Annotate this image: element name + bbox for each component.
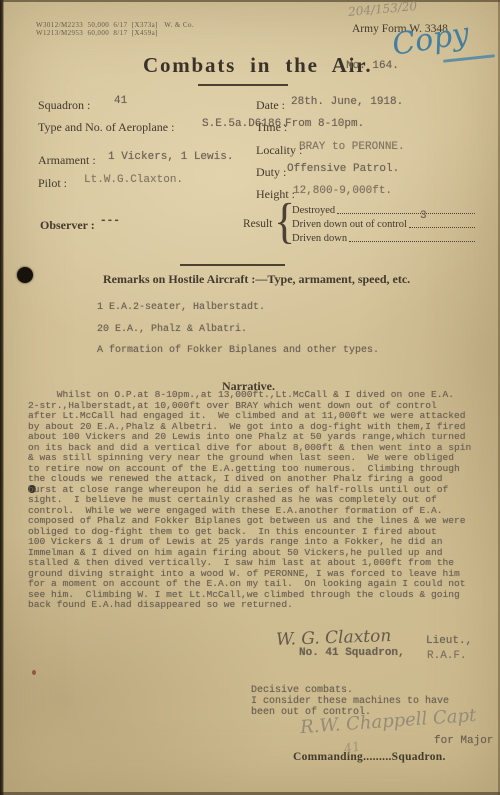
report-number: No. 164. — [346, 60, 399, 72]
squadron-unit: No. 41 Squadron, — [299, 647, 405, 659]
remark-line: 1 E.A.2-seater, Halberstadt. — [97, 297, 379, 319]
file-reference-handwritten: 204/153/20 — [348, 0, 418, 19]
result-destroyed-label: Destroyed — [292, 205, 335, 216]
narrative-line: about 100 Vickers and 20 Lewis into one … — [28, 432, 483, 443]
service-name: R.A.F. — [427, 650, 467, 662]
time-label: Time : — [256, 120, 287, 135]
narrative-text: Whilst on O.P.at 8-10pm.,at 13,000ft.,Lt… — [28, 390, 483, 611]
squadron-label: Squadron : — [38, 98, 90, 113]
page-edge-left — [0, 0, 4, 795]
page-edge-top — [0, 0, 500, 2]
duty-label: Duty : — [256, 165, 286, 180]
hole-punch-mark — [17, 267, 33, 283]
title-rule — [198, 84, 288, 86]
dotted-leader — [409, 227, 475, 228]
locality-label: Locality : — [256, 143, 302, 158]
remarks-list: 1 E.A.2-seater, Halberstadt.20 E.A., Pha… — [97, 297, 379, 362]
result-out-of-control-label: Driven down out of control — [292, 219, 407, 230]
section-rule — [180, 264, 285, 266]
result-destroyed-row: Destroyed — [292, 203, 475, 216]
date-value: 28th. June, 1918. — [291, 96, 403, 108]
remarks-heading: Remarks on Hostile Aircraft :—Type, arma… — [103, 272, 410, 287]
time-value: From 8-10pm. — [285, 118, 364, 130]
narrative-line: composed of Phalz and Fokker Biplanes go… — [28, 516, 483, 527]
printer-reference-line2: W1213/M2953 60,000 8/17 [X459a] — [36, 29, 158, 38]
narrative-line: Whilst on O.P.at 8-10pm.,at 13,000ft.,Lt… — [28, 390, 483, 401]
narrative-line: after Lt.McCall had engaged it. We climb… — [28, 411, 483, 422]
aeroplane-label: Type and No. of Aeroplane : — [38, 120, 174, 135]
remark-line: A formation of Fokker Biplanes and other… — [97, 340, 379, 362]
result-out-of-control-value: 3 — [420, 210, 427, 222]
narrative-line: sight. I believe he must certainly crash… — [28, 495, 483, 506]
combat-report-page: W3012/M2233 50,000 6/17 [X373a] W. & Co.… — [0, 0, 500, 795]
remark-line: 20 E.A., Phalz & Albatri. — [97, 319, 379, 341]
commanding-squadron-line: Commanding.........Squadron. — [293, 751, 446, 763]
narrative-line: 100 Vickers & 1 drum of Lewis at 25 yard… — [28, 537, 483, 548]
copy-underline-stroke — [443, 54, 495, 62]
squadron-value: 41 — [114, 95, 127, 107]
co-remark-line: I consider these machines to have — [251, 696, 449, 707]
pilot-value: Lt.W.G.Claxton. — [84, 174, 183, 186]
result-driven-down-label: Driven down — [292, 233, 347, 244]
date-label: Date : — [256, 98, 285, 113]
result-driven-down-row: Driven down — [292, 231, 475, 244]
armament-label: Armament : — [38, 153, 96, 168]
narrative-line: for a moment on account of the E.A.on my… — [28, 579, 483, 590]
dotted-leader — [349, 241, 475, 242]
decisive-combats-line: Decisive combats. — [251, 685, 353, 696]
red-speck-mark — [32, 670, 36, 675]
dotted-leader — [337, 213, 475, 214]
for-major-label: for Major — [434, 735, 493, 747]
locality-value: BRAY to PERONNE. — [299, 141, 405, 153]
pilot-label: Pilot : — [38, 176, 67, 191]
observer-label: Observer : — [40, 218, 95, 233]
narrative-line: & was still spinning very near the groun… — [28, 453, 483, 464]
narrative-line: back found E.A.had disappeared so we ret… — [28, 600, 483, 611]
result-label: Result — [243, 218, 272, 230]
pilot-rank: Lieut., — [426, 635, 472, 647]
height-value: 12,800-9,000ft. — [293, 185, 392, 197]
duty-value: Offensive Patrol. — [287, 163, 399, 175]
page-title: Combats in the Air. — [143, 53, 372, 78]
armament-value: 1 Vickers, 1 Lewis. — [108, 151, 233, 163]
narrative-line: the clouds we renewed the attack, I dive… — [28, 474, 483, 485]
narrative-line: stalled & then dived vertically. I saw h… — [28, 558, 483, 569]
result-out-of-control-row: Driven down out of control — [292, 217, 475, 230]
observer-value: --- — [100, 215, 120, 227]
